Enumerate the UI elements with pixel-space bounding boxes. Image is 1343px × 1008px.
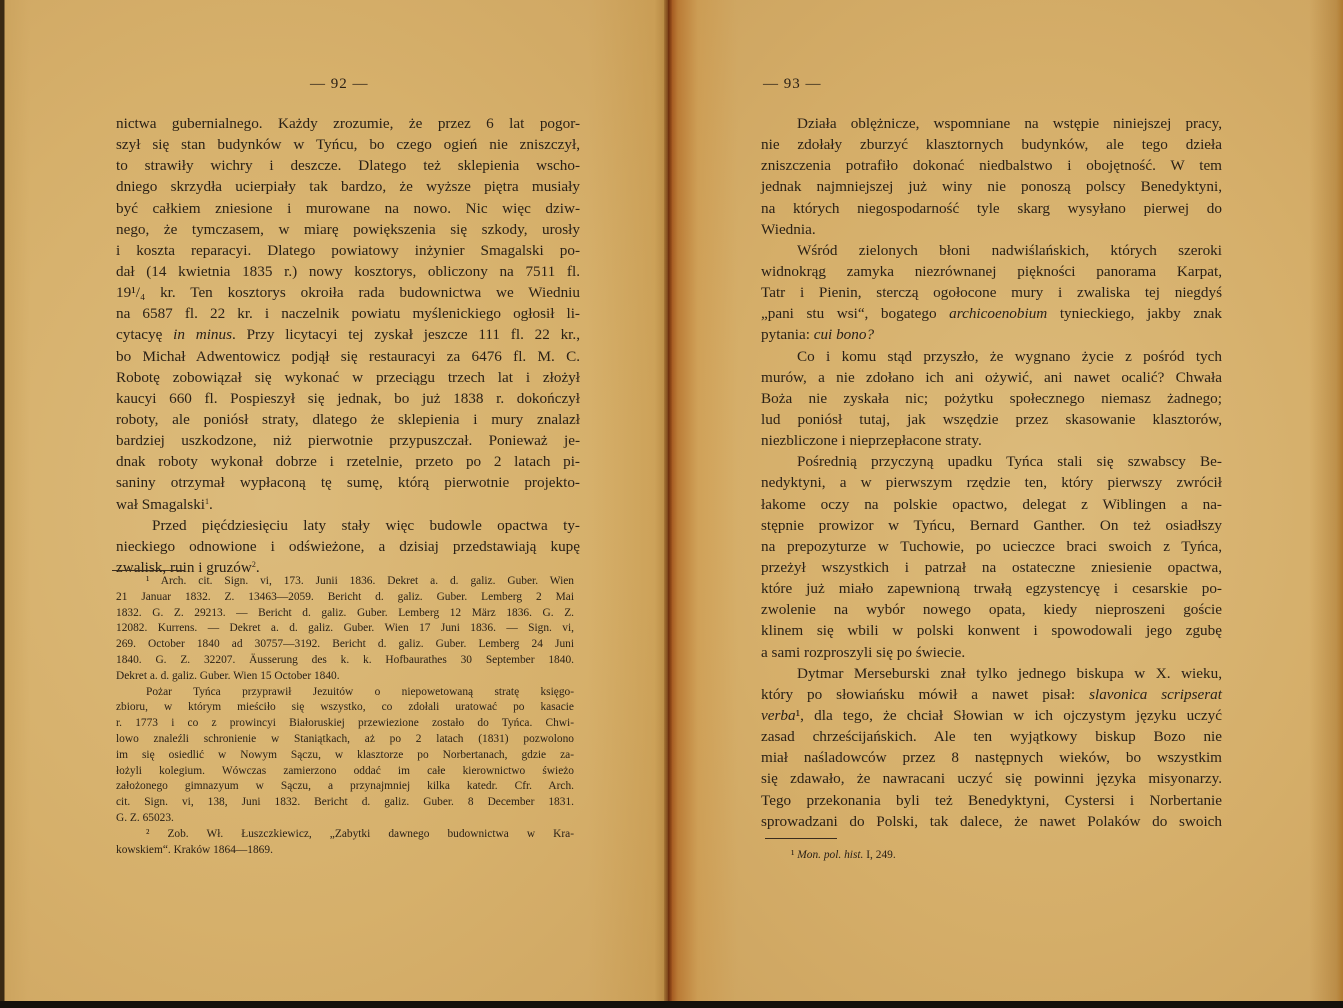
text-line: dniego skrzydła ucierpiały tak bardzo, ż… [116, 176, 580, 197]
text-line: lud poniósł tutaj, jak wszędzie przez sk… [761, 409, 1222, 430]
text-line: dnak roboty wykonał dobrze i rzetelnie, … [116, 451, 580, 472]
text-line: się zdawało, że nawracani uczyć się powi… [761, 768, 1222, 789]
text-line: saniny otrzymał wypłaconą tę sumę, którą… [116, 472, 580, 493]
text-line: na 6587 fl. 22 kr. i naczelnik powiatu m… [116, 303, 580, 324]
text-line: kowskiem“. Kraków 1864—1869. [116, 843, 574, 859]
text-line: Robotę zobowiązał się wykonać w przeciąg… [116, 367, 580, 388]
text-line: założonego gimnazyum w Sączu, a przynajm… [116, 779, 574, 795]
text-line: i koszta reparacyi. Dlatego powiatowy in… [116, 240, 580, 261]
text-line: dał (14 kwietnia 1835 r.) nowy kosztorys… [116, 261, 580, 282]
book-spread: — 92 — nictwa gubernialnego. Każdy zrozu… [0, 0, 1343, 1001]
text-line: roboty, ale poniósł straty, dlatego że s… [116, 409, 580, 430]
text-line: Boża nie zyskała nic; pożytku społeczneg… [761, 388, 1222, 409]
text-line: przeżył wszystkich i patrzał na ostatecz… [761, 557, 1222, 578]
text-line: zbioru, w którym mieściło się wszystko, … [116, 700, 574, 716]
text-line: nedyktyni, a w pierwszym rzędzie ten, kt… [761, 472, 1222, 493]
footnote-separator [765, 838, 837, 839]
text-line: szył się stan budynków w Tyńcu, bo czego… [116, 134, 580, 155]
right-page: — 93 — Działa oblężnicze, wspomniane na … [668, 0, 1343, 1001]
text-line: który po słowiańsku mówił a nawet pisał:… [761, 684, 1222, 705]
text-line: zasad chrześcijańskich. Ale ten wyjątkow… [761, 726, 1222, 747]
text-line: być całkiem zniesione i murowane na nowo… [116, 198, 580, 219]
text-line: murów, a nie zdołano ich ani ożywić, ani… [761, 367, 1222, 388]
text-line: zniszczenia potrafiło dokonać niedbalstw… [761, 155, 1222, 176]
text-line: które już miało zapewnioną trwałą egzyst… [761, 578, 1222, 599]
text-line: zwolenie na wybór nowego opata, kiedy ni… [761, 599, 1222, 620]
text-line: łakome oczy na polskie opactwo, delegat … [761, 494, 1222, 515]
text-line: pytania: cui bono? [761, 324, 1222, 345]
text-line: Działa oblężnicze, wspomniane na wstępie… [761, 113, 1222, 134]
text-line: bo Michał Adwentowicz podjął się restaur… [116, 346, 580, 367]
footnotes: ¹ Arch. cit. Sign. vi, 173. Junii 1836. … [116, 574, 574, 858]
text-line: kaucyi 660 fl. Pospieszył się jednak, bo… [116, 388, 580, 409]
text-line: na prepozyturze w Tuchowie, po ucieczce … [761, 536, 1222, 557]
text-line: „pani stu wsi“, bogatego archicoenobium … [761, 303, 1222, 324]
text-line: verba¹, dla tego, że chciał Słowian w ic… [761, 705, 1222, 726]
text-line: Pożar Tyńca przyprawił Jezuitów o niepow… [116, 685, 574, 701]
text-line: Tatr i Pienin, sterczą ogołocone mury i … [761, 282, 1222, 303]
text-line: Pośrednią przyczyną upadku Tyńca stali s… [761, 451, 1222, 472]
text-line: Przed pięćdziesięciu laty stały więc bud… [116, 515, 580, 536]
text-line: lowo znaleźli schronienie w Staniątkach,… [116, 732, 574, 748]
footnote-marker: 1 [205, 497, 209, 506]
text-line: G. Z. 65023. [116, 811, 574, 827]
text-line: ¹ Arch. cit. Sign. vi, 173. Junii 1836. … [116, 574, 574, 590]
text-line: Wśród zielonych błoni nadwiślańskich, kt… [761, 240, 1222, 261]
text-line: nego, że tymczasem, w miarę powiększenia… [116, 219, 580, 240]
text-line: 1832. G. Z. 29213. — Bericht d. galiz. G… [116, 606, 574, 622]
text-line: im się osiedlić w Nowym Sączu, w klaszto… [116, 748, 574, 764]
text-line: cit. Sign. vi, 138, Juni 1832. Bericht d… [116, 795, 574, 811]
text-line: ¹ Mon. pol. hist. I, 249. [761, 848, 1222, 864]
text-line: r. 1773 i co z prowincyi Białoruskiej pr… [116, 716, 574, 732]
text-line: Tego przekonania byli też Benedyktyni, C… [761, 790, 1222, 811]
left-page: — 92 — nictwa gubernialnego. Każdy zrozu… [0, 0, 668, 1001]
page-number: — 92 — [310, 76, 369, 93]
text-line: widnokrąg zamyka niezrównanej piękności … [761, 261, 1222, 282]
text-line: 12082. Kurrens. — Dekret a. d. galiz. Gu… [116, 621, 574, 637]
text-line: ² Zob. Wł. Łuszczkiewicz, „Zabytki dawne… [116, 827, 574, 843]
text-line: 1840. G. Z. 32207. Äusserung des k. k. H… [116, 653, 574, 669]
text-line: Dytmar Merseburski znał tylko jednego bi… [761, 663, 1222, 684]
text-line: Dekret a. d. galiz. Guber. Wien 15 Octob… [116, 669, 574, 685]
footnote-separator [112, 570, 184, 571]
text-line: jednak najmniejszej już winy nie ponoszą… [761, 176, 1222, 197]
text-line: 269. October 1840 ad 30757—3192. Bericht… [116, 637, 574, 653]
text-line: stępnie prowizor w Tyńcu, Bernard Ganthe… [761, 515, 1222, 536]
text-line: miał naśladowców przez 8 następnych wiek… [761, 747, 1222, 768]
text-line: na których niegospodarność tyle skarg wy… [761, 198, 1222, 219]
text-line: to strawiły wichry i deszcze. Dlatego te… [116, 155, 580, 176]
page-body-text: Działa oblężnicze, wspomniane na wstępie… [761, 113, 1222, 832]
text-line: wał Smagalski1. [116, 494, 580, 515]
text-line: nieckiego odnowione i odświeżone, a dzis… [116, 536, 580, 557]
text-line: niezbliczone i nieprzepłacone straty. [761, 430, 1222, 451]
book-gutter [664, 0, 672, 1001]
text-line: 21 Januar 1832. Z. 13463—2059. Bericht d… [116, 590, 574, 606]
scan-edge [0, 1001, 1343, 1008]
text-line: Wiednia. [761, 219, 1222, 240]
text-line: nictwa gubernialnego. Każdy zrozumie, że… [116, 113, 580, 134]
text-line: Co i komu stąd przyszło, że wygnano życi… [761, 346, 1222, 367]
page-body-text: nictwa gubernialnego. Każdy zrozumie, że… [116, 113, 580, 578]
text-line: 19¹/₄ kr. Ten kosztorys okroiła rada bud… [116, 282, 580, 303]
page-number: — 93 — [763, 76, 822, 93]
text-line: sprowadzani do Polski, tak dalece, że na… [761, 811, 1222, 832]
text-line: bardziej uszkodzone, niż pierwotnie przy… [116, 430, 580, 451]
text-line: nie zdołały zburzyć klasztornych budynkó… [761, 134, 1222, 155]
text-line: a sami rozproszyli się po świecie. [761, 642, 1222, 663]
footnotes: ¹ Mon. pol. hist. I, 249. [761, 848, 1222, 864]
text-line: cytacyę in minus. Przy licytacyi tej zys… [116, 324, 580, 345]
footnote-marker: 2 [252, 560, 256, 569]
text-line: klinem się wbili w polski konwent i spow… [761, 620, 1222, 641]
text-line: łożyli kolegium. Wówczas zamierzono odda… [116, 764, 574, 780]
